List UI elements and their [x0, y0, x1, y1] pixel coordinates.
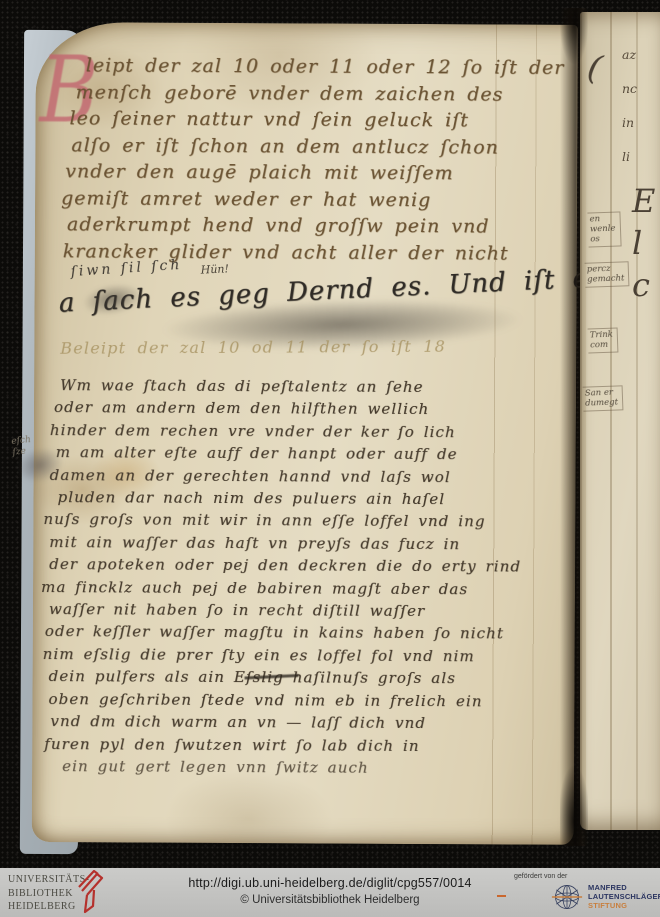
digitization-url: http://digi.ub.uni-heidelberg.de/diglit/… — [150, 876, 510, 890]
manuscript-line: der apoteken oder pej den deckren die do… — [49, 553, 569, 578]
sponsor-name-line: MANFRED — [588, 883, 660, 892]
margin-note-line: ſze — [12, 446, 33, 459]
manuscript-line: hinder dem rechen vre vnder der ker ſo l… — [50, 419, 570, 444]
sponsor-name: MANFRED LAUTENSCHLÄGER STIFTUNG — [588, 883, 660, 910]
sponsor-name-line: LAUTENSCHLÄGER — [588, 892, 660, 901]
manuscript-line: damen an der gerechten hannd vnd laſs wo… — [50, 464, 570, 489]
manuscript-line: oder keſſler waſſer magſtu in kains habe… — [45, 621, 569, 646]
manuscript-text-block-2: Wm wae ſtach das di peſtalentz an ſeheod… — [48, 374, 570, 780]
manuscript-line: oder am andern dem den hilfthen wellich — [54, 397, 570, 422]
manuscript-line: pluden dar nach nim des puluers ain haſe… — [57, 486, 569, 511]
sponsor-dash — [497, 895, 506, 897]
manuscript-line: mit ain waſſer das haſt vn preyſs das fu… — [49, 531, 569, 556]
globe-icon — [551, 881, 583, 913]
note-line: os — [590, 234, 616, 245]
footer-center: http://digi.ub.uni-heidelberg.de/diglit/… — [150, 868, 510, 906]
sponsor-name-line: STIFTUNG — [588, 901, 660, 910]
manuscript-line: menſch geborē vnder dem zaichen des — [76, 79, 570, 108]
faded-rubric-line: Beleipt der zal 10 od 11 der ſo iſt 18 — [60, 336, 560, 358]
copyright-notice: © Universitätsbibliothek Heidelberg — [150, 894, 510, 906]
manuscript-line: nim eſslig die prer ſty ein es loffel fo… — [43, 643, 569, 668]
interlinear-insertion: Hün! — [200, 262, 229, 276]
manuscript-line: aderkrumpt hend vnd groſſw pein vnd — [67, 211, 569, 240]
cut-letter: l — [632, 222, 660, 264]
manuscript-line: oben geſchriben ſtede vnd nim eb in frel… — [48, 688, 568, 713]
cut-letter-fragments: Elc — [632, 180, 660, 306]
cut-text-line: az — [622, 38, 660, 72]
manuscript-line: m am alter eſte auff der hanpt oder auff… — [56, 441, 570, 466]
manuscript-line: ein gut gert legen vnn ſwitz auch — [62, 755, 568, 780]
cut-text-line: nc — [622, 72, 660, 106]
boxed-margin-note: perczgemacht — [585, 261, 630, 288]
manuscript-line: vnder den augē plaich mit weiſſem — [65, 158, 569, 187]
manuscript-line: vnd dm dich warm an vn — laſſ dich vnd — [50, 710, 568, 735]
digitized-manuscript-scan: B leipt der zal 10 oder 11 oder 12 ſo iſ… — [0, 0, 660, 917]
note-line: Trink — [590, 330, 613, 341]
note-line: com — [590, 340, 613, 351]
manuscript-line: nuſs groſs von mit wir in ann eſſe loffe… — [43, 508, 569, 533]
manuscript-line: gemiſt amret weder er hat wenig — [61, 185, 569, 214]
boxed-margin-note: Trinkcom — [588, 327, 619, 353]
manuscript-line: furen pyl den ſwutzen wirt ſo lab dich i… — [44, 733, 568, 758]
manuscript-line: dein pulfers als ain Eſslig haſilnuſs gr… — [49, 665, 569, 690]
cut-letter: E — [632, 180, 660, 222]
boxed-margin-note: enwenleos — [587, 211, 621, 247]
manuscript-line: Wm wae ſtach das di peſtalentz an ſehe — [60, 374, 570, 399]
manuscript-line: leo ſeiner nattur vnd ſein geluck iſt — [69, 105, 569, 134]
manuscript-line: leipt der zal 10 oder 11 oder 12 ſo iſt … — [86, 52, 570, 81]
cut-text-fragments: azncinli — [622, 38, 660, 174]
library-footer-bar: UNIVERSITÄTS-BIBLIOTHEKHEIDELBERG http:/… — [0, 868, 660, 917]
manuscript-line: ma fincklz auch pej de babiren magſt abe… — [41, 576, 569, 601]
sponsor-pretext: gefördert von der — [514, 873, 567, 880]
margin-note: eſchſze — [11, 435, 33, 459]
note-line: wenle — [590, 224, 616, 235]
ub-heidelberg-logo — [72, 870, 110, 916]
cut-letter: c — [632, 264, 660, 306]
cut-text-line: li — [622, 140, 660, 174]
manuscript-page: B leipt der zal 10 oder 11 oder 12 ſo iſ… — [32, 22, 578, 845]
manuscript-line: waſſer nit haben ſo in recht diſtill waſ… — [49, 598, 569, 623]
cut-text-line: in — [622, 106, 660, 140]
manuscript-text-block-1: leipt der zal 10 oder 11 oder 12 ſo iſt … — [69, 52, 570, 267]
note-line: dumegt — [585, 397, 618, 408]
manuscript-line: alſo er iſt ſchon an dem antlucz ſchon — [71, 132, 569, 161]
boxed-margin-note: San erdumegt — [583, 385, 624, 411]
next-page-sliver: ( azncinli Elc enwenleos perczgemacht Tr… — [580, 12, 660, 830]
pen-flourish: ( — [584, 47, 605, 89]
note-line: gemacht — [587, 273, 625, 284]
